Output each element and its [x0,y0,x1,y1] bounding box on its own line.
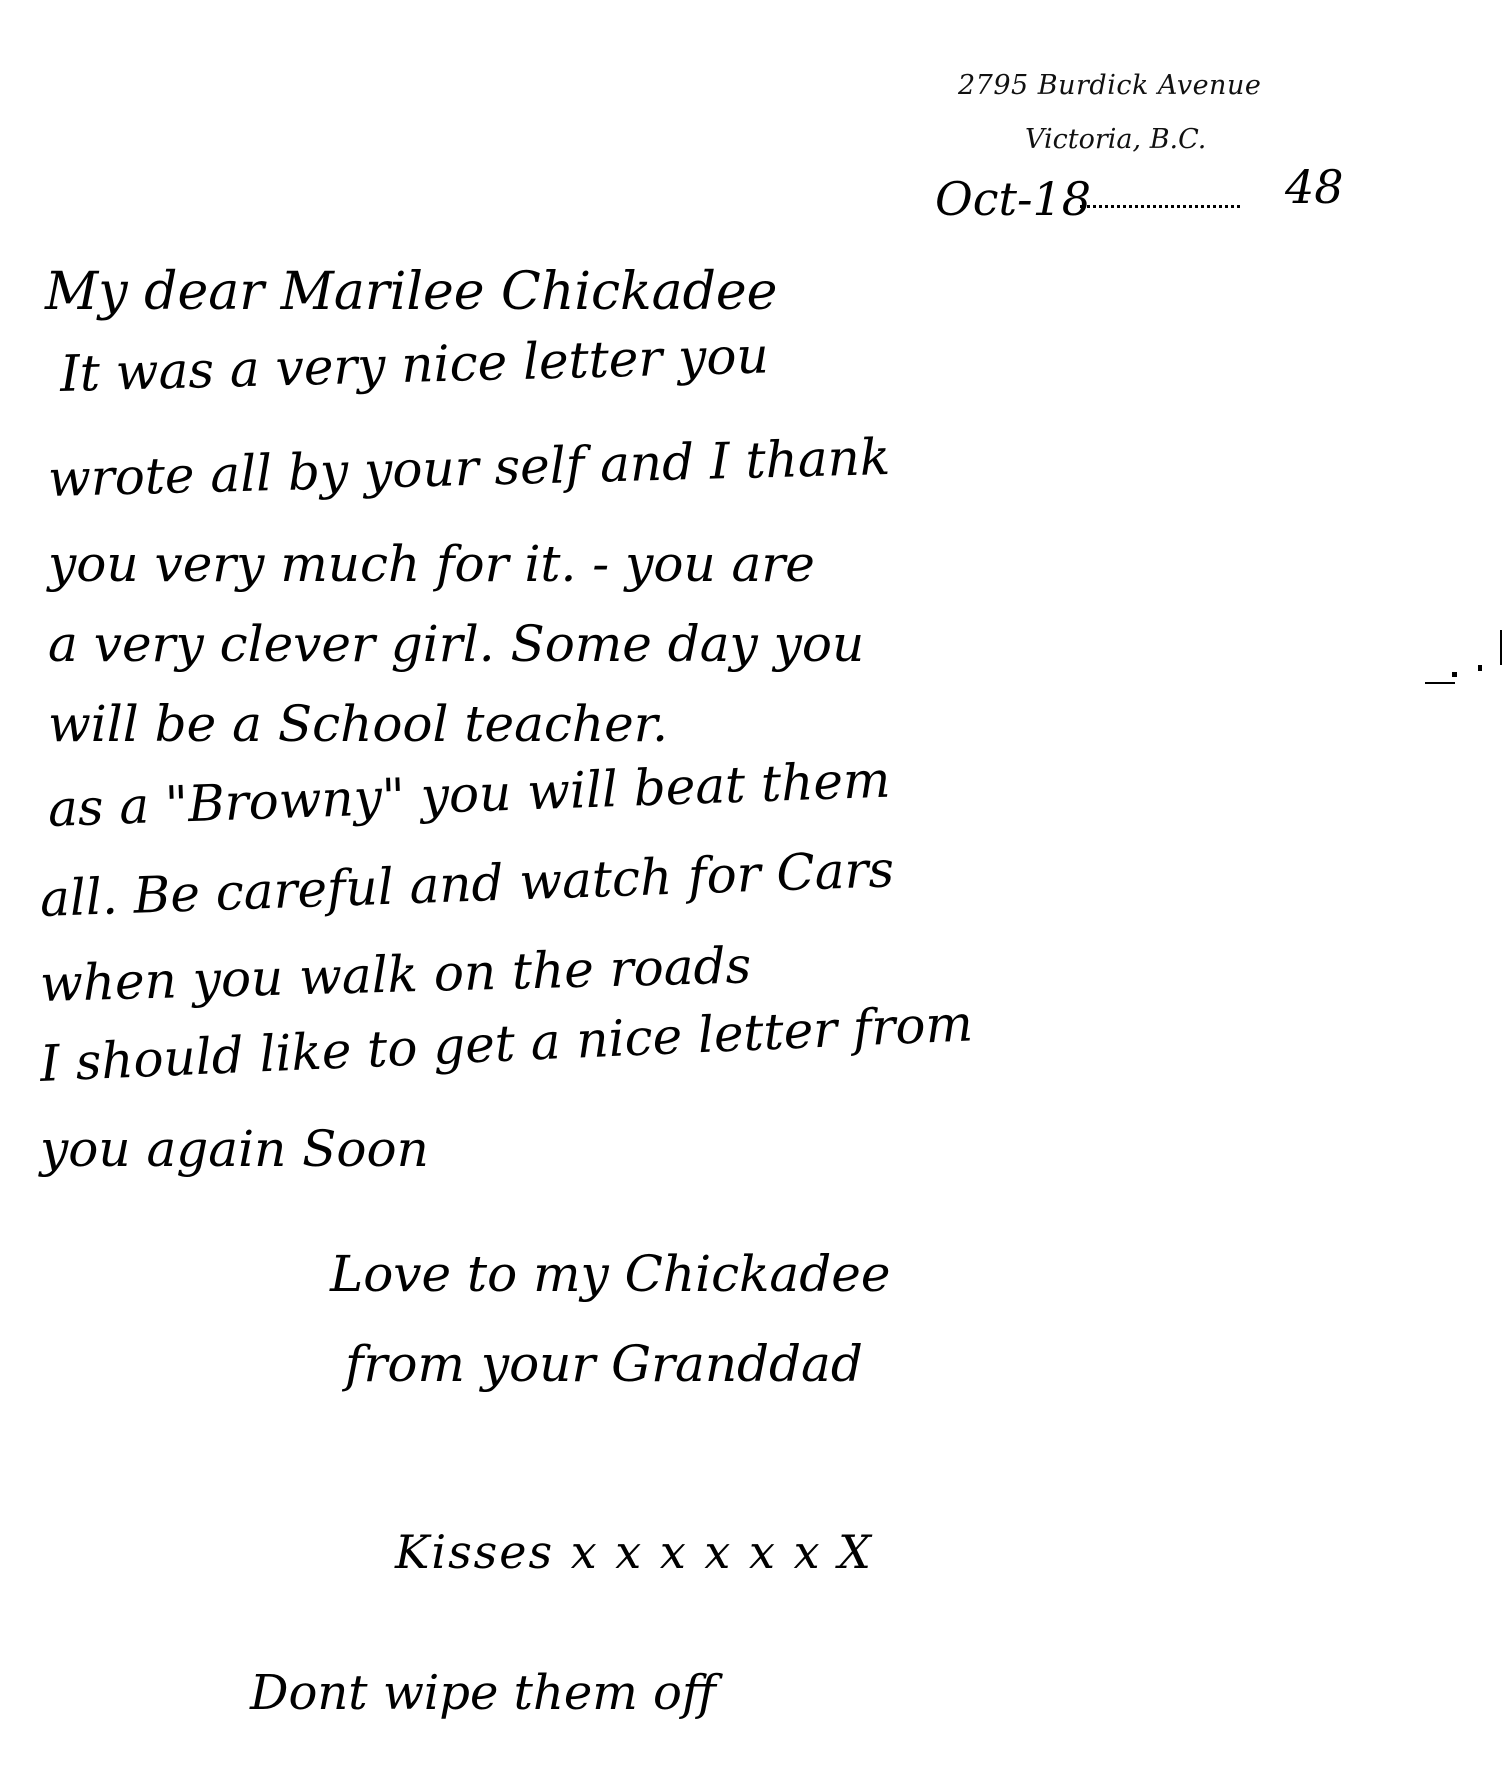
date-year: 48 [1285,160,1344,214]
date-separator-line [1080,205,1240,208]
scan-edge-mark [1500,630,1502,665]
body-line: wrote all by your self and I thank [47,428,891,508]
kisses-line: Kisses x x x x x x X [395,1525,873,1579]
salutation: My dear Marilee Chickadee [45,262,777,322]
letterhead-city: Victoria, B.C. [1025,124,1206,155]
signature-line: from your Granddad [345,1335,863,1393]
closing-line: Love to my Chickadee [330,1245,890,1303]
body-line: you again Soon [40,1120,429,1178]
scan-artifact-mark [1478,665,1482,671]
body-line: will be a School teacher. [48,695,668,753]
letter-page: 2795 Burdick Avenue Victoria, B.C. Oct-1… [0,0,1505,1780]
scan-artifact-mark [1452,672,1457,677]
body-line: you very much for it. - you are [48,535,815,593]
postscript: Dont wipe them off [250,1665,716,1721]
body-line: a very clever girl. Some day you [48,615,864,673]
scan-artifact-mark [1425,682,1455,684]
body-line: when you walk on the roads [39,936,752,1013]
letterhead-street: 2795 Burdick Avenue [958,70,1261,101]
body-line: all. Be careful and watch for Cars [39,840,895,928]
date-month-day: Oct-18 [935,172,1091,226]
body-line: It was a very nice letter you [59,326,769,403]
body-line: as a "Browny" you will beat them [47,751,891,838]
